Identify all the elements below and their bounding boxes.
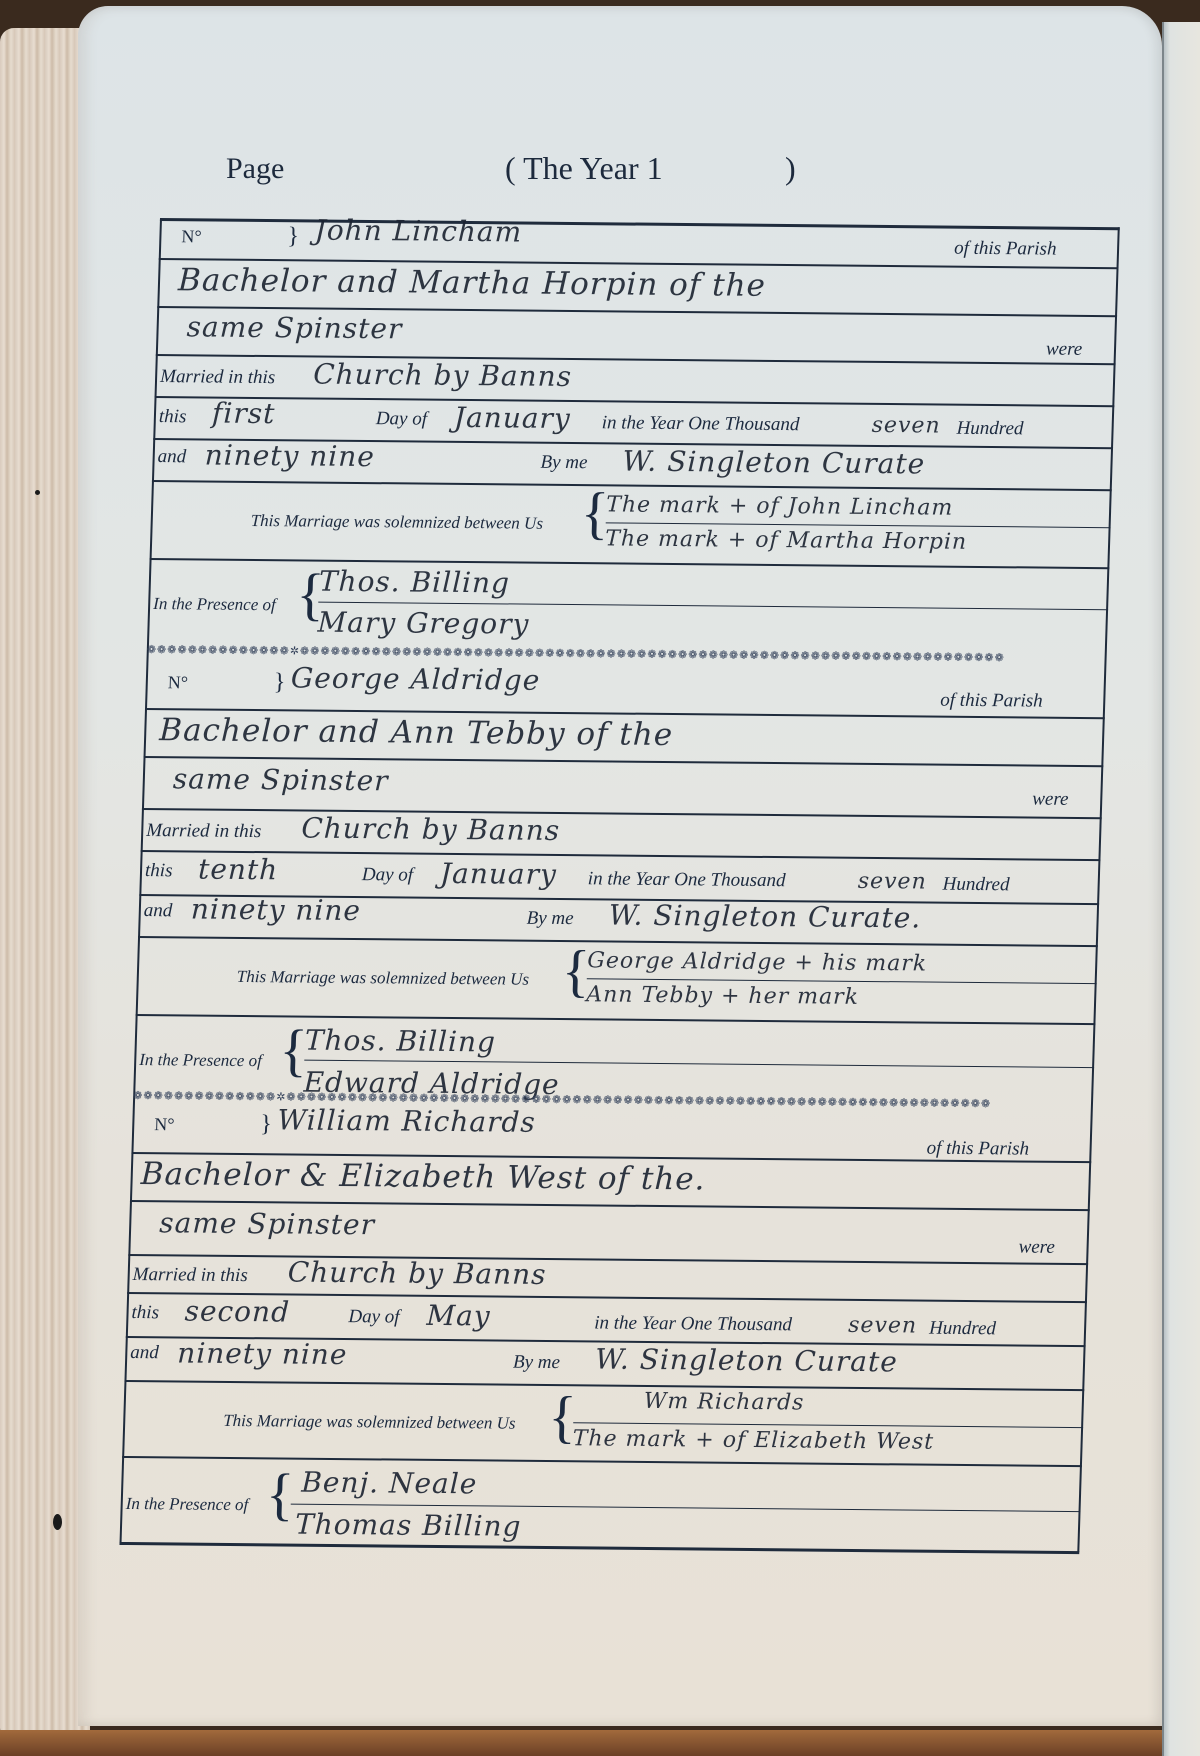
signature-1: The mark + of John Lincham xyxy=(606,492,954,520)
year-label: in the Year One Thousand xyxy=(587,868,785,892)
number-brace: } xyxy=(260,1111,272,1138)
and-label: and xyxy=(130,1342,159,1364)
status-line: same Spinster xyxy=(172,762,389,797)
book-cover-edge xyxy=(0,1730,1162,1756)
by-me-label: By me xyxy=(540,452,588,474)
by-me-label: By me xyxy=(513,1352,561,1374)
witness-1: Thos. Billing xyxy=(304,1024,496,1059)
signature-2: The mark + of Martha Horpin xyxy=(605,526,968,554)
witness-2: Thomas Billing xyxy=(295,1508,522,1543)
solemnized-label: This Marriage was solemnized between Us xyxy=(237,967,530,990)
number-brace: } xyxy=(287,223,299,250)
marriage-entry-2: N° } George Aldridge of this Parish Bach… xyxy=(133,660,1106,1109)
this-label: this xyxy=(159,406,187,428)
this-label: this xyxy=(131,1302,159,1324)
groom-name: William Richards xyxy=(277,1103,536,1138)
marriage-day: first xyxy=(212,397,276,431)
bride-line: Bachelor and Martha Horpin of the xyxy=(178,262,767,304)
and-label: and xyxy=(143,900,172,922)
year-close-paren: ) xyxy=(785,150,796,187)
hundred-label: Hundred xyxy=(929,1318,996,1341)
year-label: in the Year One Thousand xyxy=(601,412,799,436)
witness-1: Benj. Neale xyxy=(301,1466,478,1501)
officiant: W. Singleton Curate xyxy=(595,1342,899,1378)
signature-2: The mark + of Elizabeth West xyxy=(572,1426,934,1454)
of-this-parish-label: of this Parish xyxy=(940,690,1043,713)
married-in-this-label: Married in this xyxy=(132,1264,248,1287)
book-page-edges xyxy=(0,28,90,1738)
by-me-label: By me xyxy=(526,908,574,930)
day-of-label: Day of xyxy=(362,864,414,886)
marriage-day: tenth xyxy=(198,853,279,887)
married-in-this-label: Married in this xyxy=(146,820,262,843)
of-this-parish-label: of this Parish xyxy=(926,1138,1029,1161)
witness-2: Mary Gregory xyxy=(317,606,530,641)
status-line: same Spinster xyxy=(159,1206,376,1241)
day-of-label: Day of xyxy=(348,1306,400,1328)
marriage-month: May xyxy=(426,1299,491,1333)
number-label: N° xyxy=(181,226,202,247)
presence-label: In the Presence of xyxy=(125,1494,248,1515)
year-end: ninety nine xyxy=(190,892,361,927)
status-line: same Spinster xyxy=(186,310,403,345)
year-end: ninety nine xyxy=(204,438,375,473)
year-label: ( The Year 1 xyxy=(505,150,663,187)
hundred-label: Hundred xyxy=(942,874,1009,897)
officiant: W. Singleton Curate. xyxy=(608,898,922,934)
groom-name: George Aldridge xyxy=(290,661,540,696)
presence-label: In the Presence of xyxy=(153,594,276,615)
ink-speck xyxy=(35,490,40,495)
year-word: seven xyxy=(848,1313,918,1339)
day-of-label: Day of xyxy=(376,408,428,430)
year-word: seven xyxy=(871,413,941,439)
this-label: this xyxy=(145,860,173,882)
hundred-label: Hundred xyxy=(956,418,1023,441)
married-in-this-label: Married in this xyxy=(160,366,276,389)
signature-2: Ann Tebby + her mark xyxy=(586,982,859,1010)
year-word: seven xyxy=(857,869,927,895)
solemnized-label: This Marriage was solemnized between Us xyxy=(223,1411,516,1434)
presence-label: In the Presence of xyxy=(139,1050,262,1071)
signature-1: George Aldridge + his mark xyxy=(587,948,928,976)
number-label: N° xyxy=(167,672,188,693)
marriage-day: second xyxy=(184,1295,290,1329)
marriage-month: January xyxy=(453,401,571,435)
facing-page-edge xyxy=(1162,22,1200,1756)
officiant: W. Singleton Curate xyxy=(622,445,926,481)
signature-1: Wm Richards xyxy=(643,1389,804,1416)
married-by: Church by Banns xyxy=(287,1255,547,1290)
groom-name: John Lincham xyxy=(314,213,523,248)
married-by: Church by Banns xyxy=(313,358,573,393)
were-label: were xyxy=(1018,1236,1055,1258)
page-label: Page xyxy=(226,152,284,186)
year-label: in the Year One Thousand xyxy=(594,1312,792,1336)
solemnized-label: This Marriage was solemnized between Us xyxy=(250,511,543,534)
marriage-register-table: N° } John Lincham of this Parish Bachelo… xyxy=(120,218,1120,1552)
number-label: N° xyxy=(154,1114,175,1135)
marriage-entry-3: N° } William Richards of this Parish Bac… xyxy=(119,1104,1092,1553)
bride-line: Bachelor & Elizabeth West of the. xyxy=(140,1156,706,1197)
of-this-parish-label: of this Parish xyxy=(954,238,1057,261)
were-label: were xyxy=(1046,339,1083,361)
number-brace: } xyxy=(273,669,285,696)
witness-1: Thos. Billing xyxy=(318,565,510,600)
marriage-month: January xyxy=(439,857,557,891)
were-label: were xyxy=(1032,789,1069,811)
year-end: ninety nine xyxy=(177,1336,348,1371)
bride-line: Bachelor and Ann Tebby of the xyxy=(159,712,674,753)
and-label: and xyxy=(157,446,186,468)
witness-brace: { xyxy=(265,1465,295,1523)
married-by: Church by Banns xyxy=(301,812,561,847)
ink-blot xyxy=(53,1514,62,1530)
